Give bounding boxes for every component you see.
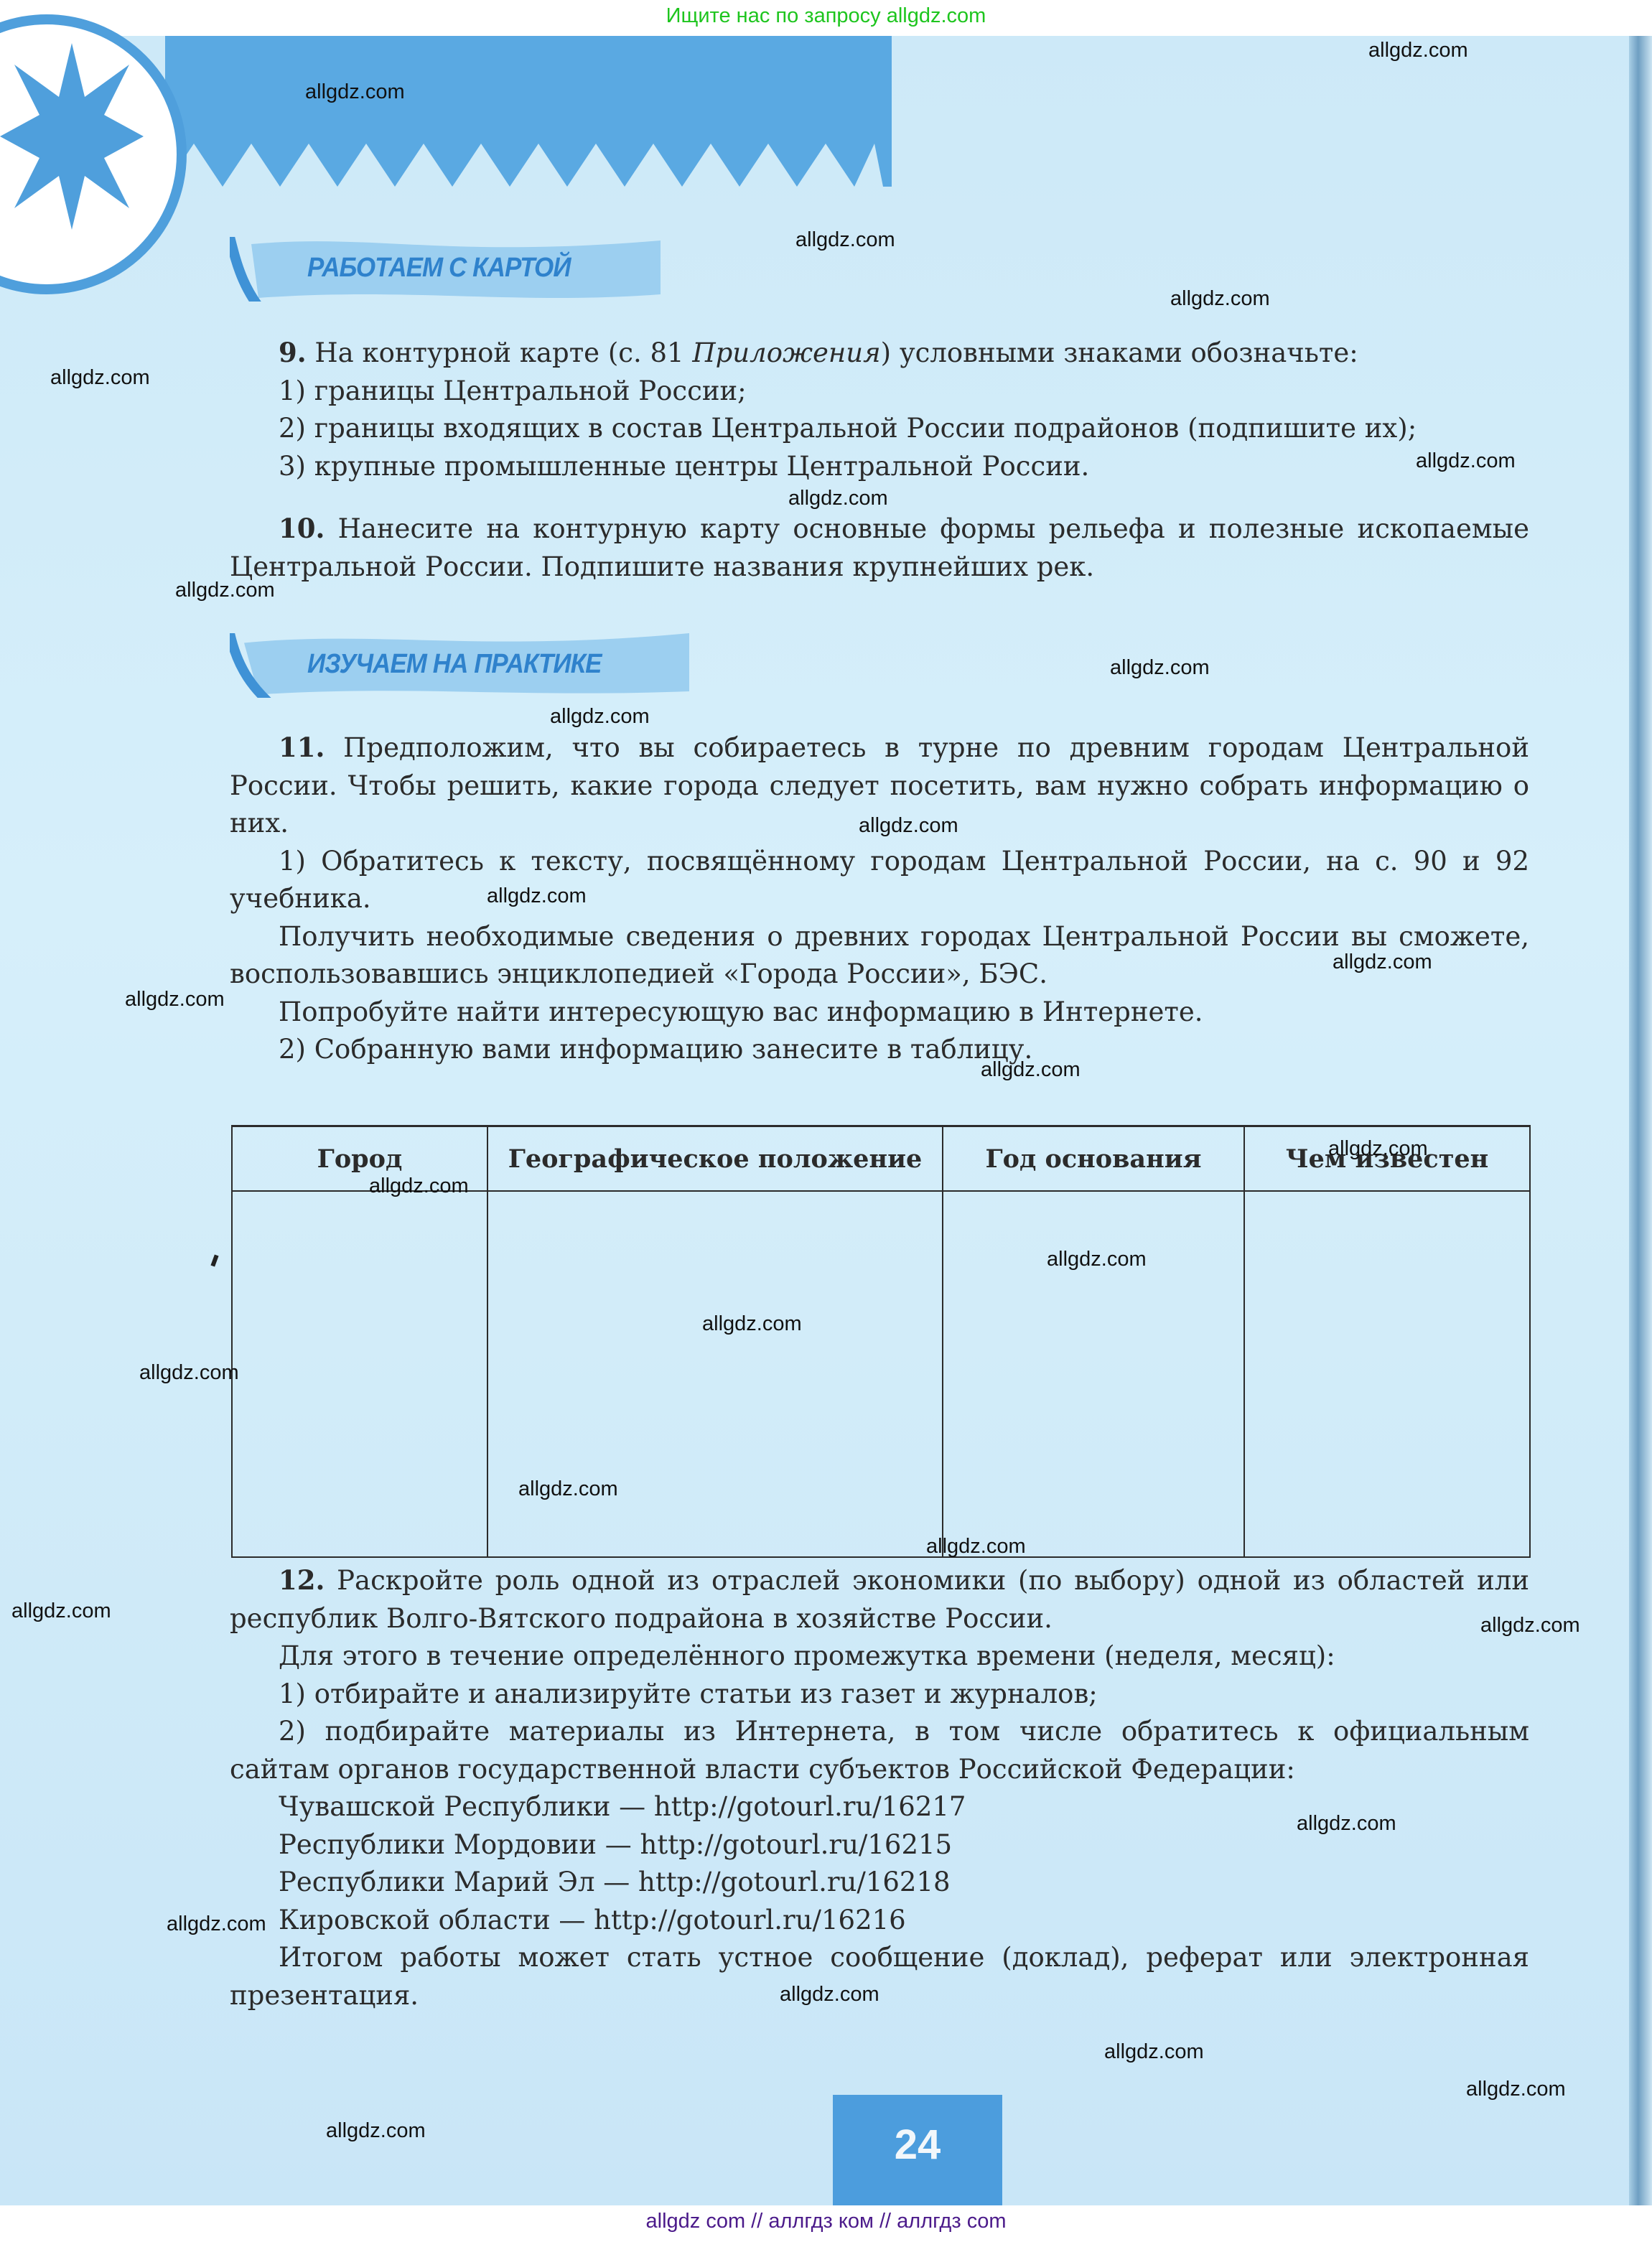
- site-links-text[interactable]: allgdz com // аллгдз ком // аллгдз com: [0, 2210, 1652, 2233]
- watermark: allgdz.com: [1104, 2040, 1204, 2064]
- watermark: allgdz.com: [788, 487, 888, 510]
- task-12-step2: 2) подбирайте материалы из Интернета, в …: [230, 1713, 1529, 1788]
- site-link[interactable]: http://gotourl.ru/16215: [640, 1829, 953, 1860]
- watermark: allgdz.com: [1416, 449, 1516, 473]
- page-number: 24: [833, 2121, 1002, 2169]
- task-9-intro: 9. На контурной карте (с. 81 Приложения)…: [230, 334, 1529, 373]
- watermark: allgdz.com: [1466, 2078, 1566, 2101]
- table-cell-city[interactable]: [232, 1191, 487, 1557]
- top-promo-strip: Ищите нас по запросу allgdz.com: [0, 0, 1652, 36]
- column-header: Год основания: [943, 1126, 1244, 1192]
- pen-mark: [210, 1254, 218, 1266]
- task-11-step2: 2) Собранную вами информацию занесите в …: [230, 1031, 1529, 1069]
- table-cell-year[interactable]: [943, 1191, 1244, 1557]
- table-cell-known-for[interactable]: [1244, 1191, 1530, 1557]
- watermark: allgdz.com: [1110, 656, 1210, 680]
- task-10: 10. Нанесите на контурную карту основные…: [230, 510, 1529, 586]
- header-banner: [165, 36, 892, 144]
- watermark: allgdz.com: [981, 1058, 1081, 1082]
- section-title: ИЗУЧАЕМ НА ПРАКТИКЕ: [307, 649, 602, 680]
- watermark: allgdz.com: [305, 80, 405, 104]
- watermark: allgdz.com: [518, 1477, 618, 1501]
- bottom-links-strip: allgdz com // аллгдз ком // аллгдз com: [0, 2205, 1652, 2242]
- watermark: allgdz.com: [1328, 1137, 1428, 1161]
- site-item: Республики Марий Эл — http://gotourl.ru/…: [230, 1864, 1529, 1902]
- textbook-page: РАБОТАЕМ С КАРТОЙ ИЗУЧАЕМ НА ПРАКТИКЕ 9.…: [0, 36, 1652, 2205]
- watermark: allgdz.com: [795, 228, 895, 252]
- zigzag-decoration: [165, 144, 892, 187]
- watermark: allgdz.com: [326, 2119, 426, 2143]
- watermark: allgdz.com: [50, 366, 150, 390]
- site-link[interactable]: http://gotourl.ru/16218: [638, 1867, 951, 1897]
- site-link[interactable]: http://gotourl.ru/16216: [594, 1905, 906, 1935]
- task-11: 11. Предположим, что вы собираетесь в ту…: [230, 729, 1529, 1069]
- task-9-item: 1) границы Центральной России;: [230, 373, 1529, 411]
- watermark: allgdz.com: [139, 1361, 239, 1385]
- task-12-step1: 1) отбирайте и анализируйте статьи из га…: [230, 1676, 1529, 1714]
- watermark: allgdz.com: [780, 1983, 879, 2007]
- watermark: allgdz.com: [926, 1535, 1026, 1559]
- section-flag-map: РАБОТАЕМ С КАРТОЙ: [215, 237, 661, 302]
- watermark: allgdz.com: [11, 1599, 111, 1623]
- watermark: allgdz.com: [1170, 287, 1270, 311]
- section-flag-practice: ИЗУЧАЕМ НА ПРАКТИКЕ: [215, 633, 689, 698]
- task-9-item: 2) границы входящих в состав Центральной…: [230, 410, 1529, 448]
- watermark: allgdz.com: [167, 1912, 266, 1936]
- task-9-item: 3) крупные промышленные центры Центральн…: [230, 448, 1529, 486]
- watermark: allgdz.com: [702, 1312, 802, 1336]
- watermark: allgdz.com: [859, 814, 958, 838]
- watermark: allgdz.com: [1368, 39, 1468, 62]
- watermark: allgdz.com: [487, 884, 587, 908]
- watermark: allgdz.com: [1333, 950, 1432, 974]
- table-row: [232, 1191, 1530, 1557]
- section-title: РАБОТАЕМ С КАРТОЙ: [307, 253, 571, 284]
- watermark: allgdz.com: [1047, 1248, 1147, 1271]
- watermark: allgdz.com: [1480, 1614, 1580, 1638]
- task-12: 12. Раскройте роль одной из отраслей эко…: [230, 1561, 1529, 2014]
- task-12-result: Итогом работы может стать устное сообщен…: [230, 1939, 1529, 2014]
- task-11-step1: 1) Обратитесь к тексту, посвящённому гор…: [230, 843, 1529, 918]
- task-9: 9. На контурной карте (с. 81 Приложения)…: [230, 334, 1529, 485]
- column-header: Географическое положение: [487, 1126, 943, 1192]
- watermark: allgdz.com: [125, 988, 225, 1012]
- watermark: allgdz.com: [550, 705, 650, 729]
- promo-text[interactable]: Ищите нас по запросу allgdz.com: [0, 4, 1652, 28]
- site-item: Кировской области — http://gotourl.ru/16…: [230, 1902, 1529, 1940]
- table-cell-location[interactable]: [487, 1191, 943, 1557]
- site-link[interactable]: http://gotourl.ru/16217: [654, 1791, 966, 1822]
- task-11-internet: Попробуйте найти интересующую вас информ…: [230, 994, 1529, 1032]
- page-edge: [1629, 36, 1652, 2205]
- task-12-period: Для этого в течение определённого промеж…: [230, 1638, 1529, 1676]
- watermark: allgdz.com: [175, 579, 275, 602]
- star-icon: [0, 36, 144, 237]
- watermark: allgdz.com: [1297, 1812, 1396, 1836]
- watermark: allgdz.com: [369, 1174, 469, 1198]
